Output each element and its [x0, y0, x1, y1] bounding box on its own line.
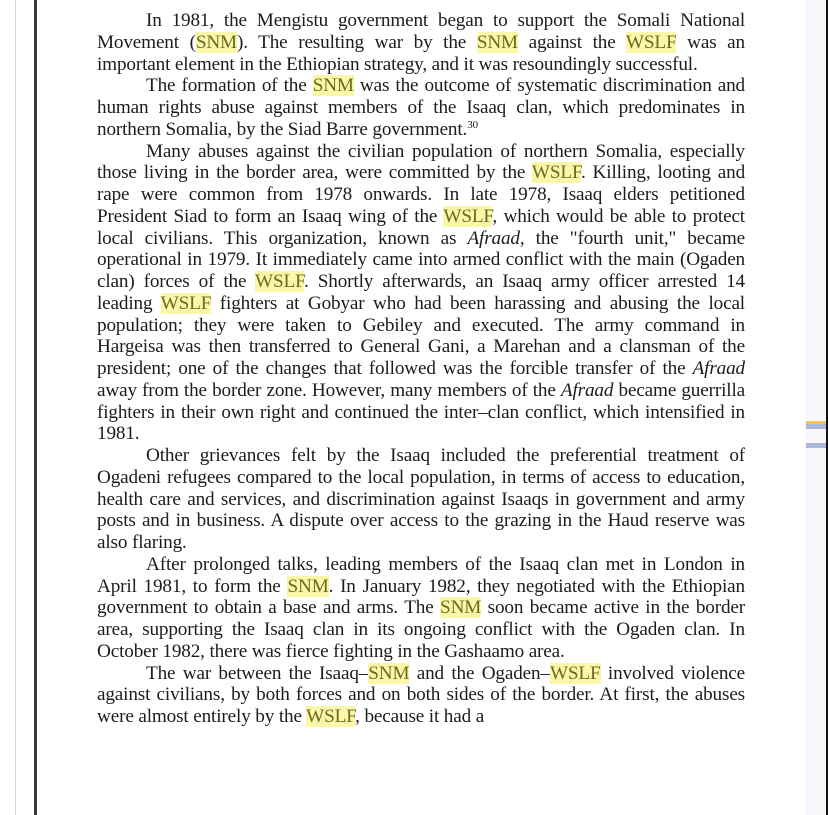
- line-marker-icon[interactable]: [806, 424, 826, 429]
- highlighted-term[interactable]: WSLF: [443, 206, 492, 227]
- text-run: and the Ogaden–: [409, 663, 550, 684]
- highlighted-term[interactable]: WSLF: [626, 32, 677, 53]
- line-marker-icon[interactable]: [806, 443, 826, 448]
- highlighted-term[interactable]: WSLF: [550, 663, 601, 684]
- italic-term: Afraad: [561, 380, 613, 401]
- italic-term: Afraad: [693, 358, 745, 379]
- italic-term: Afraad: [467, 228, 519, 249]
- page-edge-outer: [15, 0, 16, 815]
- text-run: ). The resulting war by the: [237, 32, 477, 53]
- highlighted-term[interactable]: WSLF: [532, 162, 581, 183]
- paragraph: The war between the Isaaq–SNM and the Og…: [97, 663, 745, 728]
- highlighted-term[interactable]: SNM: [440, 597, 481, 618]
- text-run: The formation of the: [146, 75, 313, 96]
- footnote-ref[interactable]: 30: [467, 119, 478, 131]
- text-run: against the: [518, 32, 626, 53]
- highlighted-term[interactable]: WSLF: [255, 271, 304, 292]
- highlighted-term[interactable]: WSLF: [306, 706, 355, 727]
- scroll-panel[interactable]: [805, 0, 828, 815]
- highlighted-term[interactable]: SNM: [313, 75, 354, 96]
- paragraph: Other grievances felt by the Isaaq inclu…: [97, 445, 745, 554]
- document-body: In 1981, the Mengistu government began t…: [97, 10, 745, 728]
- text-run: The war between the Isaaq–: [146, 663, 368, 684]
- text-run: , because it had a: [355, 706, 484, 727]
- text-run: away from the border zone. However, many…: [97, 380, 561, 401]
- paragraph: In 1981, the Mengistu government began t…: [97, 10, 745, 75]
- highlighted-term[interactable]: SNM: [477, 32, 518, 53]
- paragraph: Many abuses against the civilian populat…: [97, 141, 745, 446]
- highlighted-term[interactable]: SNM: [368, 663, 409, 684]
- text-run: Other grievances felt by the Isaaq inclu…: [97, 445, 745, 553]
- highlighted-term[interactable]: SNM: [196, 32, 237, 53]
- page-edge-border: [34, 0, 37, 815]
- paragraph: After prolonged talks, leading members o…: [97, 554, 745, 663]
- paragraph: The formation of the SNM was the outcome…: [97, 75, 745, 140]
- highlighted-term[interactable]: SNM: [287, 576, 328, 597]
- highlighted-term[interactable]: WSLF: [161, 293, 212, 314]
